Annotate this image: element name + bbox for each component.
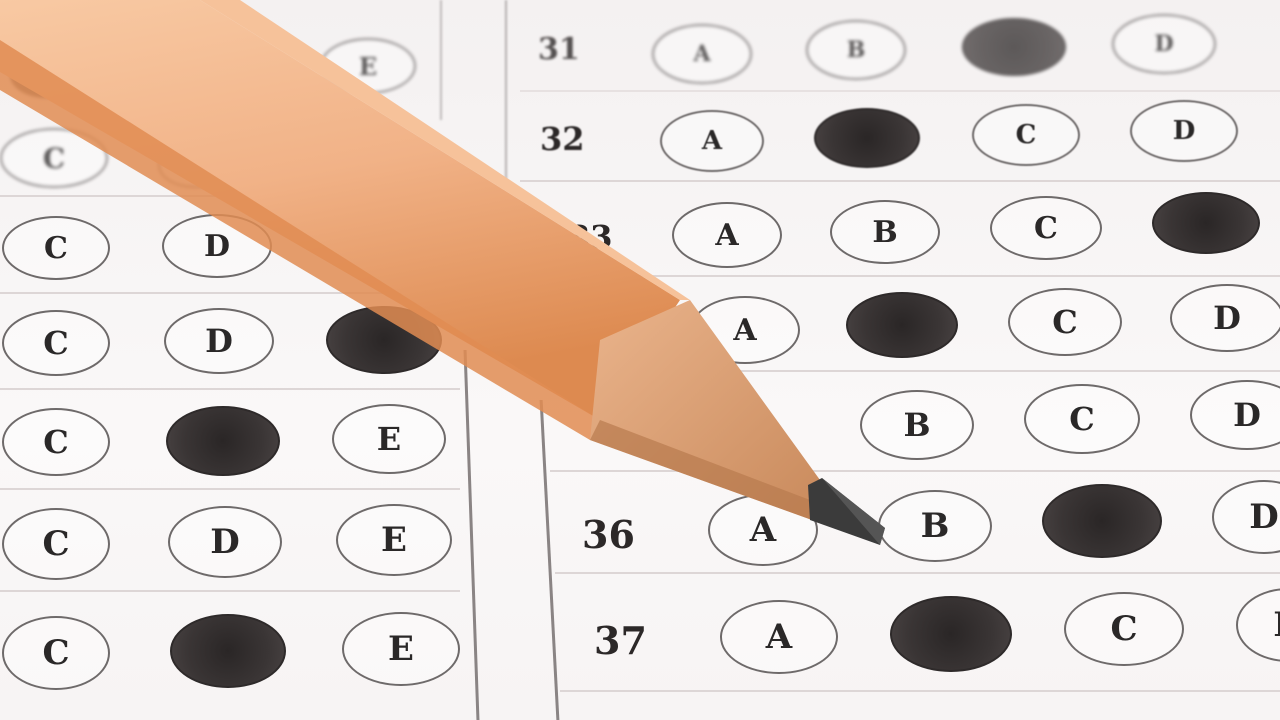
answer-bubble[interactable]: B — [830, 200, 940, 264]
answer-bubble[interactable]: D — [1212, 480, 1280, 554]
answer-bubble[interactable]: A — [690, 296, 800, 364]
answer-bubble[interactable]: D — [164, 308, 274, 374]
answer-bubble-filled[interactable] — [1152, 192, 1260, 254]
answer-bubble[interactable]: B — [860, 390, 974, 460]
row-divider — [0, 388, 460, 390]
question-number: 31 — [538, 32, 580, 67]
answer-bubble[interactable]: A — [708, 494, 818, 566]
answer-bubble[interactable]: D — [1190, 380, 1280, 450]
column-divider — [505, 0, 507, 190]
answer-bubble-filled[interactable] — [326, 306, 442, 374]
answer-bubble[interactable]: B — [806, 20, 906, 80]
answer-bubble[interactable]: A — [672, 202, 782, 268]
answer-bubble[interactable]: D — [1130, 100, 1238, 162]
question-number: 32 — [540, 120, 585, 158]
answer-bubble-filled[interactable] — [890, 596, 1012, 672]
answer-bubble[interactable]: D — [1112, 14, 1216, 74]
answer-bubble[interactable]: C — [0, 128, 108, 188]
answer-bubble-filled[interactable] — [814, 108, 920, 168]
column-divider — [440, 0, 442, 120]
answer-bubble[interactable]: A — [652, 24, 752, 84]
answer-bubble-filled[interactable] — [846, 292, 958, 358]
answer-bubble[interactable]: E — [342, 612, 460, 686]
question-number: 33 — [568, 218, 613, 256]
answer-sheet-photo: E C D C D C D C E C D E C E 31 A B D 32 … — [0, 0, 1280, 720]
question-number: 36 — [582, 512, 635, 557]
answer-bubble-filled[interactable] — [10, 52, 84, 98]
answer-bubble[interactable]: C — [990, 196, 1102, 260]
answer-bubble[interactable]: C — [1064, 592, 1184, 666]
row-divider — [540, 275, 1280, 277]
answer-bubble[interactable]: D — [168, 506, 282, 578]
column-divider — [464, 350, 480, 720]
row-divider — [560, 690, 1280, 692]
row-divider — [0, 195, 460, 197]
question-number: 37 — [594, 618, 647, 663]
answer-bubble-filled[interactable] — [962, 18, 1066, 76]
answer-bubble[interactable]: C — [2, 216, 110, 280]
answer-bubble[interactable]: D — [158, 142, 232, 188]
row-divider — [520, 90, 1280, 92]
row-divider — [550, 370, 1280, 372]
answer-bubble[interactable]: E — [320, 38, 416, 94]
answer-bubble[interactable]: B — [878, 490, 992, 562]
row-divider — [0, 292, 460, 294]
row-divider — [555, 572, 1280, 574]
answer-bubble-filled[interactable] — [166, 406, 280, 476]
row-divider — [0, 488, 460, 490]
answer-bubble[interactable]: A — [660, 110, 764, 172]
answer-bubble[interactable]: C — [1008, 288, 1122, 356]
answer-bubble[interactable]: C — [1024, 384, 1140, 454]
answer-bubble[interactable]: D — [162, 214, 272, 278]
answer-bubble-filled[interactable] — [1042, 484, 1162, 558]
answer-bubble[interactable]: C — [2, 310, 110, 376]
row-divider — [0, 590, 460, 592]
answer-bubble[interactable]: D — [1236, 588, 1280, 662]
answer-bubble[interactable]: D — [1170, 284, 1280, 352]
column-divider — [540, 400, 560, 720]
answer-bubble[interactable]: C — [2, 616, 110, 690]
answer-bubble[interactable]: E — [336, 504, 452, 576]
answer-bubble[interactable]: C — [2, 408, 110, 476]
answer-bubble-filled[interactable] — [170, 614, 286, 688]
row-divider — [520, 180, 1280, 182]
answer-bubble[interactable]: C — [972, 104, 1080, 166]
row-divider — [550, 470, 1280, 472]
answer-bubble[interactable]: E — [332, 404, 446, 474]
answer-bubble[interactable]: A — [720, 600, 838, 674]
answer-bubble[interactable]: C — [2, 508, 110, 580]
